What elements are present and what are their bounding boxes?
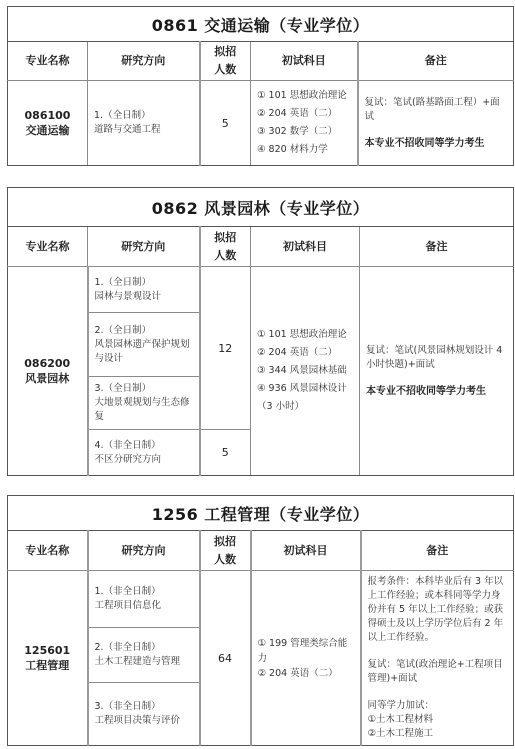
header-quota: 拟招人数	[200, 227, 251, 267]
retest-note: 复试：笔试(路基路面工程）+面试	[365, 96, 508, 124]
header-subjects: 初试科目	[251, 42, 358, 81]
direction-cell: 2.（全日制） 风景园林遗产保护规划与设计	[88, 313, 200, 377]
header-notes: 备注	[358, 42, 514, 81]
quota-cell: 12	[200, 267, 251, 430]
major-name: 交通运输	[8, 123, 87, 138]
notes-cell: 复试：笔试(风景园林规划设计 4 小时快题)+面试 本专业不招收同等学力考生	[360, 267, 514, 476]
header-notes: 备注	[360, 227, 514, 267]
header-direction: 研究方向	[88, 42, 200, 81]
subjects-cell: ① 101 思想政治理论 ② 204 英语（二） ③ 302 数学（二） ④ 8…	[251, 81, 358, 166]
major-cell: 086100 交通运输	[8, 81, 88, 166]
retest-note: 复试：笔试(风景园林规划设计 4 小时快题)+面试	[366, 344, 507, 372]
extra-exam-2: ②土木工程施工	[368, 727, 508, 741]
eligibility-note: 报考条件：本科毕业后有 3 年以上工作经验；或本科同等学力身份并有 5 年以上工…	[368, 575, 508, 645]
header-notes: 备注	[361, 531, 514, 571]
restriction-note: 本专业不招收同等学力考生	[366, 385, 507, 399]
major-code: 125601	[8, 643, 87, 658]
direction-cell: 4.（非全日制） 不区分研究方向	[88, 430, 200, 476]
direction-cell: 3.（全日制） 大地景观规划与生态修复	[88, 377, 200, 430]
extra-exam-title: 同等学力加试：	[368, 699, 508, 713]
quota-cell: 5	[200, 430, 251, 476]
major-name: 风景园林	[8, 371, 87, 386]
major-cell: 086200 风景园林	[8, 267, 88, 476]
extra-exam-1: ①土木工程材料	[368, 713, 508, 727]
header-direction: 研究方向	[88, 531, 200, 571]
header-major: 专业名称	[8, 42, 88, 81]
major-name: 工程管理	[8, 658, 87, 673]
direction-cell: 1.（全日制） 道路与交通工程	[88, 81, 200, 166]
subjects-cell: ① 101 思想政治理论 ② 204 英语（二） ③ 344 风景园林基础 ④ …	[251, 267, 360, 476]
header-quota: 拟招人数	[200, 42, 251, 81]
header-direction: 研究方向	[88, 227, 200, 267]
table-title: 0861 交通运输（专业学位）	[8, 7, 514, 42]
major-code: 086200	[8, 356, 87, 371]
quota-cell: 5	[200, 81, 251, 166]
header-major: 专业名称	[8, 227, 88, 267]
direction-cell: 2.（非全日制） 土木工程建造与管理	[88, 628, 200, 683]
major-code: 086100	[8, 108, 87, 123]
quota-cell: 64	[200, 571, 251, 746]
program-table-0861: 0861 交通运输（专业学位） 专业名称 研究方向 拟招人数 初试科目 备注 0…	[7, 6, 514, 166]
header-major: 专业名称	[8, 531, 88, 571]
notes-cell: 复试：笔试(路基路面工程）+面试 本专业不招收同等学力考生	[358, 81, 514, 166]
header-subjects: 初试科目	[251, 531, 361, 571]
table-title: 1256 工程管理（专业学位）	[8, 496, 514, 531]
direction-cell: 1.（非全日制） 工程项目信息化	[88, 571, 200, 628]
header-subjects: 初试科目	[251, 227, 360, 267]
table-title: 0862 风景园林（专业学位）	[8, 188, 514, 227]
header-quota: 拟招人数	[200, 531, 251, 571]
retest-note: 复试：笔试(政治理论+工程项目管理)+面试	[368, 658, 508, 686]
direction-cell: 1.（全日制） 园林与景观设计	[88, 267, 200, 313]
subjects-cell: ① 199 管理类综合能力 ② 204 英语（二）	[251, 571, 361, 746]
program-table-0862: 0862 风景园林（专业学位） 专业名称 研究方向 拟招人数 初试科目 备注 0…	[7, 187, 514, 476]
direction-cell: 3.（非全日制） 工程项目决策与评价	[88, 683, 200, 746]
restriction-note: 本专业不招收同等学力考生	[365, 137, 508, 151]
program-table-1256: 1256 工程管理（专业学位） 专业名称 研究方向 拟招人数 初试科目 备注 1…	[7, 495, 514, 746]
notes-cell: 报考条件：本科毕业后有 3 年以上工作经验；或本科同等学力身份并有 5 年以上工…	[361, 571, 514, 746]
major-cell: 125601 工程管理	[8, 571, 88, 746]
